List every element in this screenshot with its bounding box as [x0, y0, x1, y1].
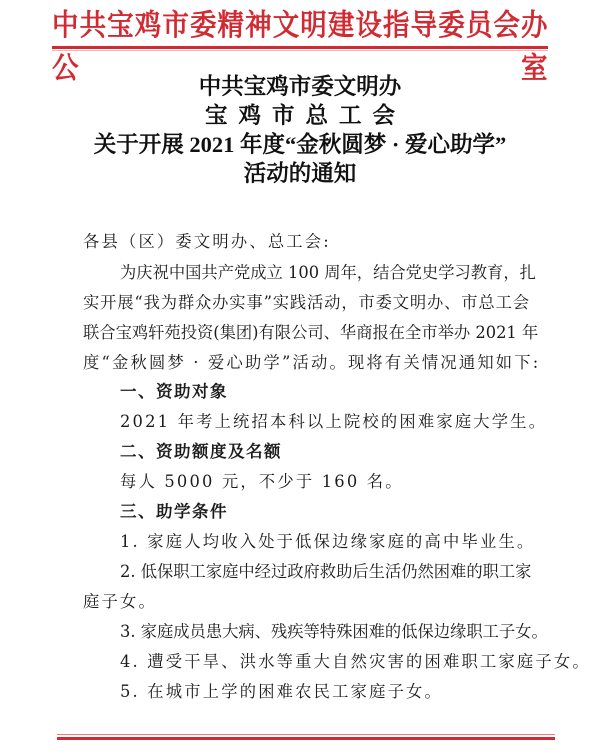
- salutation: 各县（区）委文明办、总工会:: [83, 231, 529, 253]
- section-recipients-line-1: 2021 年考上统招本科以上院校的困难家庭大学生。: [120, 411, 529, 433]
- letterhead-top-rule: [52, 46, 548, 49]
- condition-item-2-continued: 庭子女。: [83, 591, 529, 613]
- condition-item-5: 5. 在城市上学的困难农民工家庭子女。: [120, 681, 529, 703]
- intro-line-3: 联合宝鸡轩苑投资(集团)有限公司、华商报在全市举办 2021 年: [83, 322, 529, 344]
- title-issuer-2: 宝鸡市总工会: [0, 101, 600, 130]
- letterhead-top-rule-thin: [52, 50, 548, 51]
- title-subject-line-2: 活动的通知: [0, 159, 600, 188]
- title-subject-line-1: 关于开展 2021 年度“金秋圆梦 · 爱心助学”: [0, 130, 600, 159]
- section-heading-recipients: 一、资助对象: [120, 381, 529, 403]
- condition-item-1: 1. 家庭人均收入处于低保边缘家庭的高中毕业生。: [120, 531, 529, 553]
- section-amount-line-1: 每人 5000 元，不少于 160 名。: [120, 471, 529, 493]
- condition-item-4: 4. 遭受干旱、洪水等重大自然灾害的困难职工家庭子女。: [120, 651, 529, 673]
- footer-rule-thick: [57, 737, 555, 740]
- condition-item-3: 3. 家庭成员患大病、残疾等特殊困难的低保边缘职工子女。: [120, 621, 529, 643]
- section-heading-conditions: 三、助学条件: [120, 501, 529, 523]
- letterhead-org-name: 中共宝鸡市委精神文明建设指导委员会办公室: [52, 5, 548, 48]
- intro-line-4: 度“金秋圆梦 · 爱心助学”活动。现将有关情况通知如下:: [83, 352, 529, 374]
- document-page: 中共宝鸡市委精神文明建设指导委员会办公室 中共宝鸡市委文明办 宝鸡市总工会 关于…: [0, 0, 600, 754]
- section-heading-amount: 二、资助额度及名额: [120, 441, 529, 463]
- intro-line-2: 实开展“我为群众办实事”实践活动，市委文明办、市总工会: [83, 292, 529, 314]
- condition-item-2: 2. 低保职工家庭中经过政府救助后生活仍然困难的职工家: [120, 561, 529, 583]
- title-issuer-1: 中共宝鸡市委文明办: [0, 72, 600, 101]
- intro-line-1: 为庆祝中国共产党成立 100 周年，结合党史学习教育，扎: [120, 262, 529, 284]
- footer-rule-thin: [57, 734, 555, 735]
